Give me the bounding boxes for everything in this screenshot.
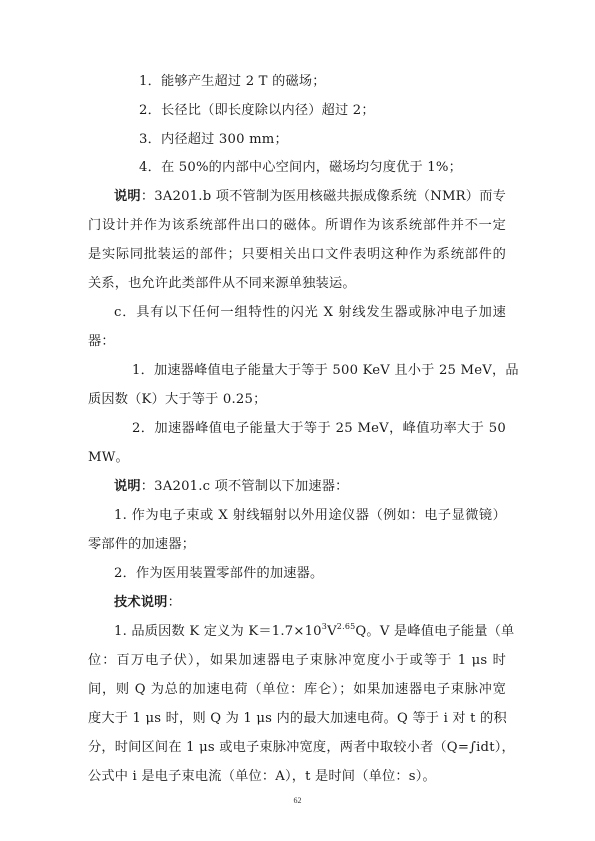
document-page: 1．能够产生超过 2 T 的磁场； 2．长径比（即长度除以内径）超过 2； 3．…	[0, 0, 595, 841]
tech-note-heading: 技术说明：	[114, 594, 506, 612]
requirement-item-2: 2．长径比（即长度除以内径）超过 2；	[139, 102, 506, 120]
item-c-sub2-line-1: 2．加速器峰值电子能量大于等于 25 MeV，峰值功率大于 50	[132, 420, 506, 438]
item-c-sub1-line-2: 质因数（K）大于等于 0.25；	[88, 391, 506, 409]
tech-note-line-1: 1. 品质因数 K 定义为 K＝1.7×103V2.65Q。V 是峰值电子能量（…	[114, 623, 506, 641]
note-b-line-3: 是实际同批装运的部件；只要相关出口文件表明这种作为系统部件的	[88, 246, 506, 264]
note-b-line-4: 关系，也允许此类部件从不同来源单独装运。	[88, 275, 506, 293]
tech-note-label: 技术说明	[114, 595, 168, 610]
item-c-line-1: c．具有以下任何一组特性的闪光 X 射线发生器或脉冲电子加速	[114, 304, 506, 322]
tech-note-line-5: 分，时间区间在 1 μs 或电子束脉冲宽度，两者中取较小者（Q=∫idt），	[88, 739, 506, 757]
note-c-item-1-line-1: 1. 作为电子束或 X 射线辐射以外用途仪器（例如：电子显微镜）	[114, 507, 506, 525]
item-c-sub2-line-2: MW。	[88, 449, 506, 467]
note-b-line-1: 说明：3A201.b 项不管制为医用核磁共振成像系统（NMR）而专	[114, 188, 506, 206]
note-label: 说明	[114, 479, 141, 494]
tech-note-line-4: 度大于 1 μs 时，则 Q 为 1 μs 内的最大加速电荷。Q 等于 i 对 …	[88, 710, 506, 728]
tech-note-line-6: 公式中 i 是电子束电流（单位：A），t 是时间（单位：s）。	[88, 768, 506, 786]
requirement-item-3: 3．内径超过 300 mm；	[139, 131, 506, 149]
note-c-item-1-line-2: 零部件的加速器；	[88, 536, 506, 554]
note-c-intro: 说明：3A201.c 项不管制以下加速器：	[114, 478, 506, 496]
requirement-item-4: 4．在 50%的内部中心空间内，磁场均匀度优于 1%；	[139, 159, 506, 177]
page-number: 62	[0, 796, 595, 805]
note-c-item-2: 2．作为医用装置零部件的加速器。	[114, 565, 506, 583]
tech-note-line-2: 位：百万电子伏），如果加速器电子束脉冲宽度小于或等于 1 μs 时	[88, 652, 506, 670]
tech-note-line-3: 间，则 Q 为总的加速电荷（单位：库仑）；如果加速器电子束脉冲宽	[88, 681, 506, 699]
requirement-item-1: 1．能够产生超过 2 T 的磁场；	[139, 73, 506, 91]
item-c-sub1-line-1: 1．加速器峰值电子能量大于等于 500 KeV 且小于 25 MeV，品	[132, 362, 506, 380]
item-c-line-2: 器：	[88, 333, 506, 351]
note-b-line-2: 门设计并作为该系统部件出口的磁体。所谓作为该系统部件并不一定	[88, 217, 506, 235]
note-label: 说明	[114, 189, 141, 204]
